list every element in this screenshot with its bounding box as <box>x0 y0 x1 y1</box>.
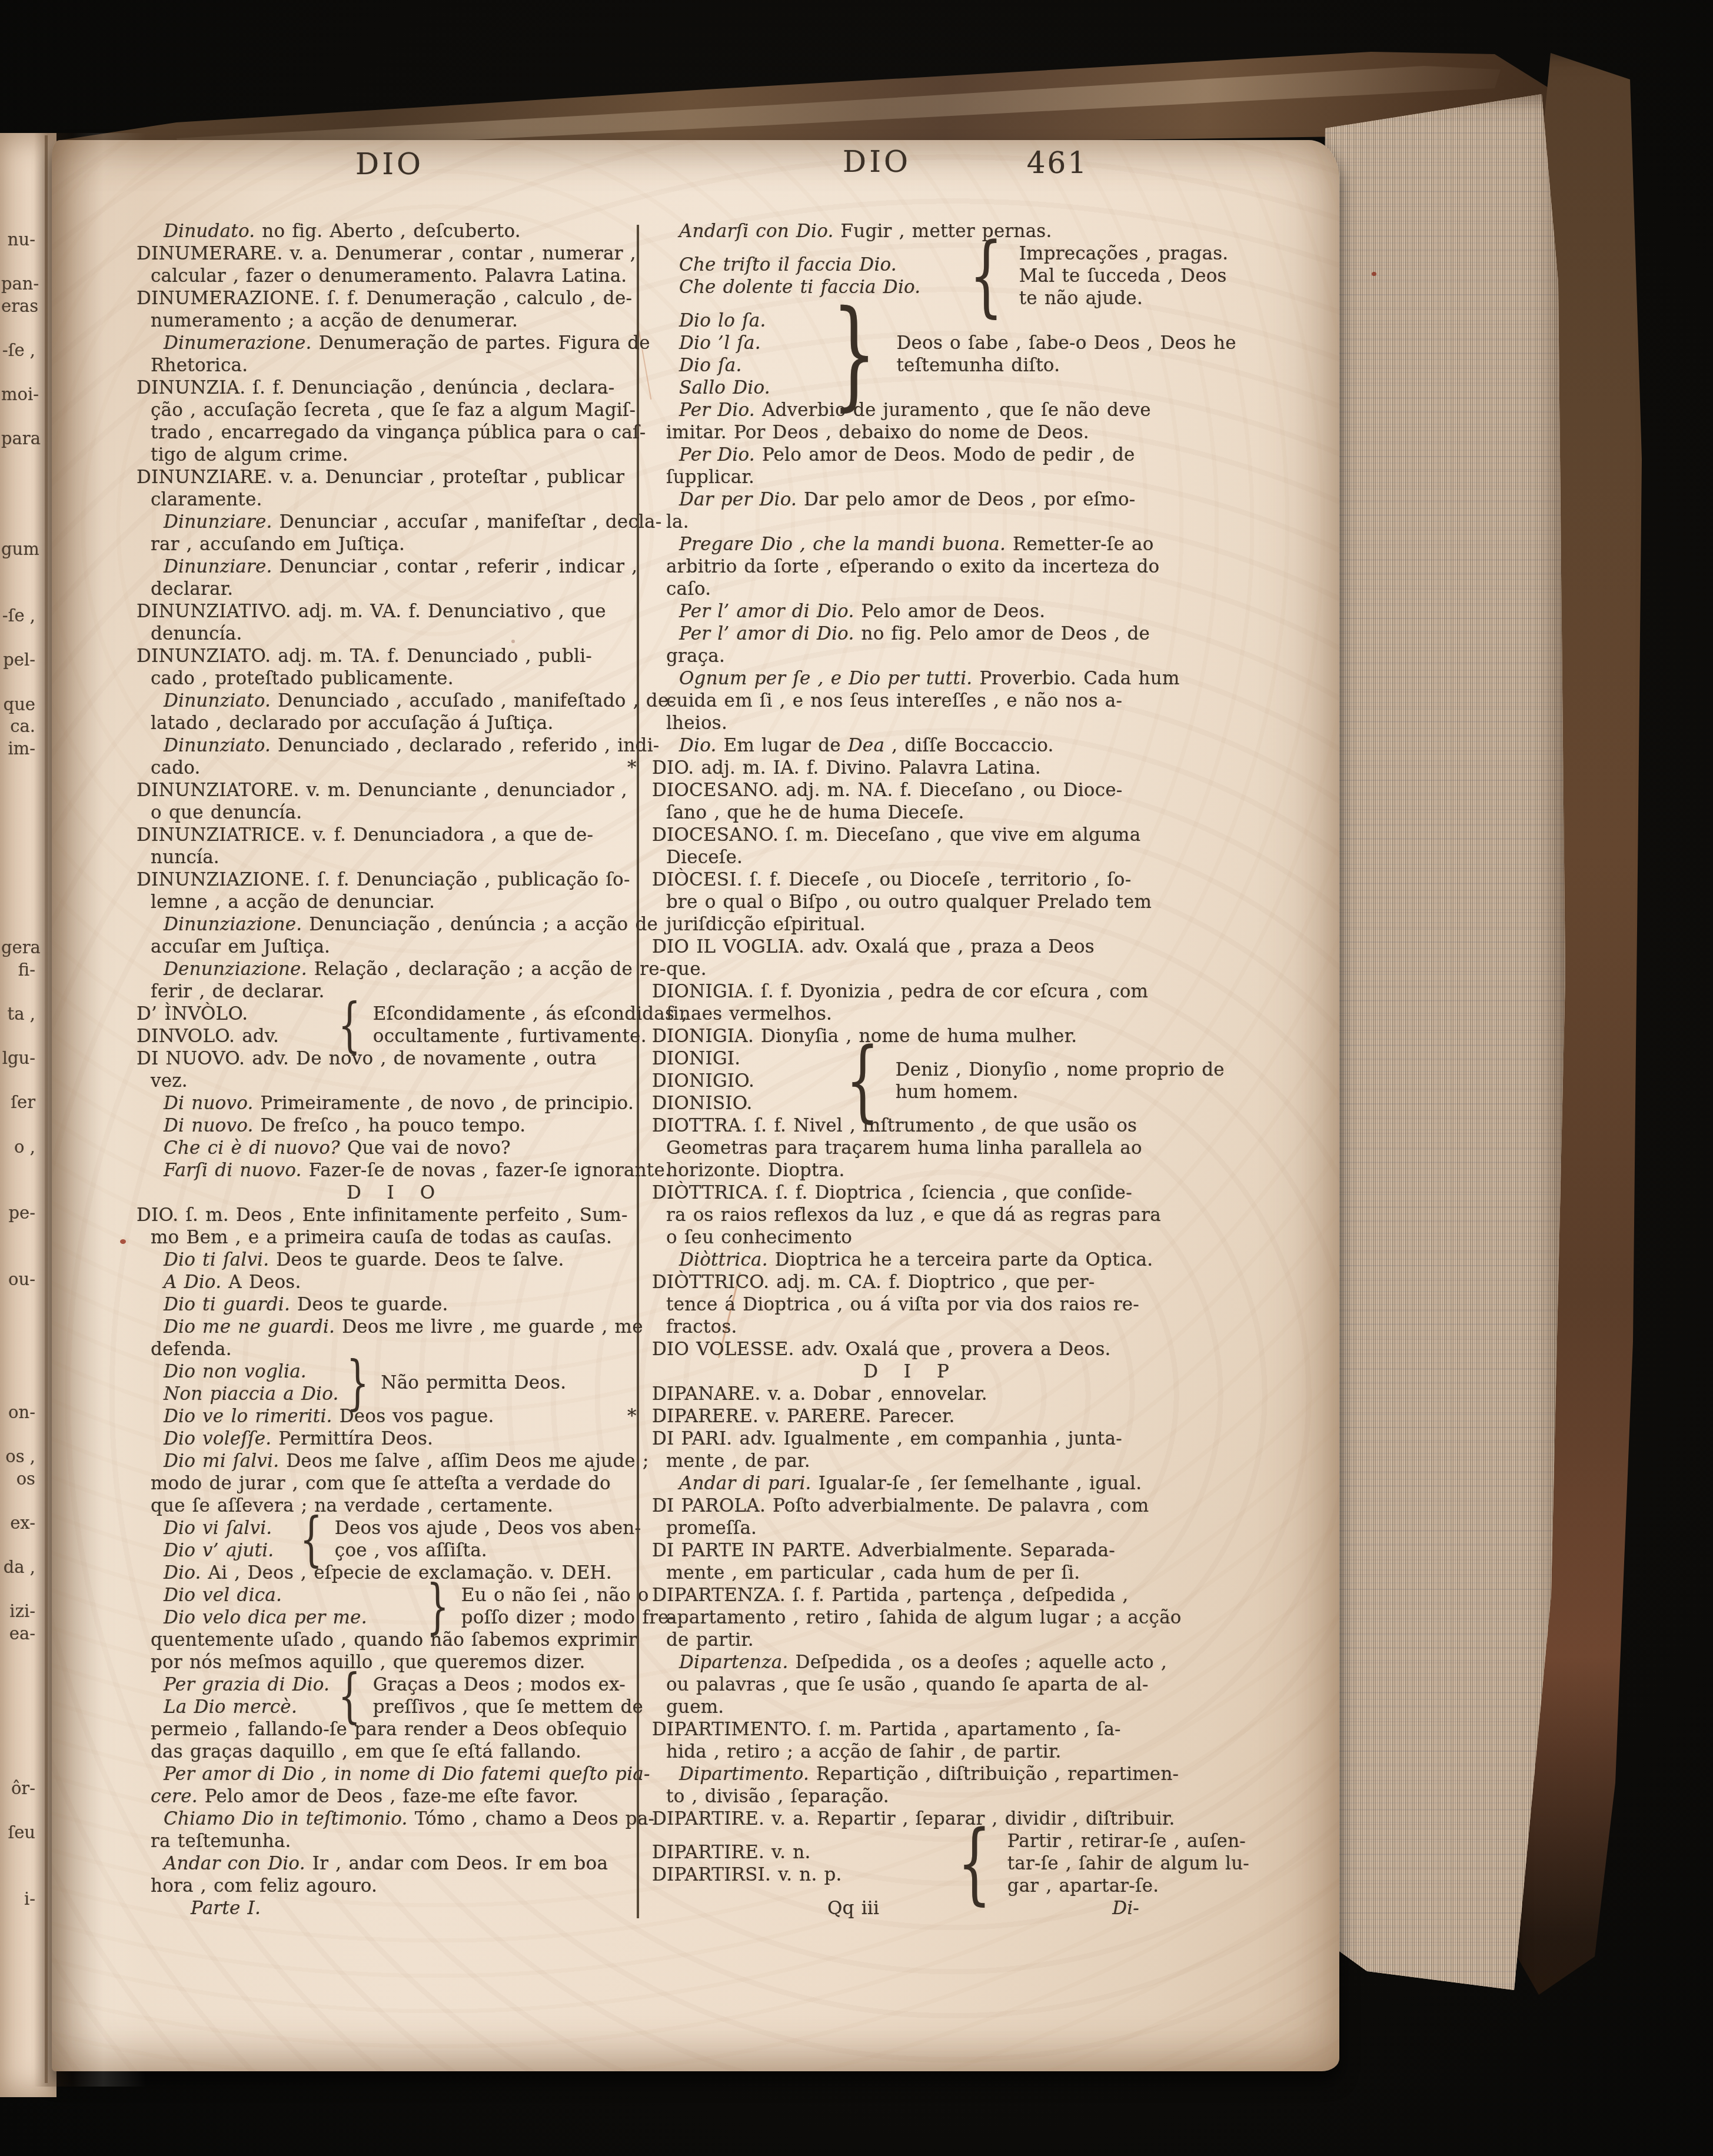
facing-page-fragment: nu- <box>1 229 35 249</box>
text-line: teſtemunha diſto. <box>896 354 1236 377</box>
text-line: Dio voleſſe. Permittíra Deos. <box>137 1428 654 1450</box>
text-line: Dipartimento. Repartição , diſtribuição … <box>652 1763 1170 1785</box>
text-line: que ſe aſſevera ; na verdade , certament… <box>137 1495 654 1517</box>
text-segment: Denumeração de partes. Figura de <box>312 332 650 354</box>
text-segment: DINUNZIATIVO. adj. m. VA. f. Denunciativ… <box>137 601 606 622</box>
text-line: DINUNZIATRICE. v. f. Denunciadora , a qu… <box>137 824 654 846</box>
text-segment: claramente. <box>151 489 262 510</box>
text-line: Dio ve lo rimeriti. Deos vos pague. <box>137 1405 654 1428</box>
text-line: lheios. <box>652 712 1170 734</box>
text-line: DI PAROLA. Poſto adverbialmente. De pala… <box>652 1495 1170 1517</box>
text-line: Dinunziare. Denunciar , accuſar , manife… <box>137 511 654 533</box>
text-line: Dio lo ſa. <box>652 310 817 332</box>
facing-page-fragment: o , <box>1 1137 35 1157</box>
text-segment: numeramento ; a acção de denumerar. <box>151 310 518 331</box>
text-line: DIO IL VOGLIA. adv. Oxalá que , praza a … <box>652 936 1170 958</box>
text-segment: accuſar em Juſtiça. <box>151 936 330 957</box>
text-segment: hum homem. <box>896 1082 1019 1103</box>
text-segment: apartamento , retiro , ſahida de algum l… <box>666 1607 1182 1628</box>
text-line: Dinunziato. Denunciado , declarado , ref… <box>137 734 654 757</box>
text-line: Dio ſa. <box>652 354 817 377</box>
text-line: DINUNZIATIVO. adj. m. VA. f. Denunciativ… <box>137 600 654 623</box>
text-segment: DIÒCESI. ſ. f. Dieceſe , ou Dioceſe , te… <box>652 869 1131 890</box>
facing-page-fragment: on- <box>1 1402 35 1422</box>
text-line: DIO. ſ. m. Deos , Ente infinitamente per… <box>137 1204 654 1226</box>
text-segment: Deos te guarde. <box>290 1294 448 1315</box>
text-line: DIOCESANO. adj. m. NA. f. Dieceſano , ou… <box>652 779 1170 801</box>
text-line: defenda. <box>137 1338 654 1360</box>
text-segment: o ſeu conhecimento <box>666 1227 852 1248</box>
facing-page-fragment: para <box>1 428 35 448</box>
text-segment: ra os raios reflexos da luz , e que dá a… <box>666 1205 1161 1226</box>
text-line: Dio vel dica. <box>137 1584 419 1606</box>
text-line: Deniz , Dionyſio , nome proprio de <box>896 1059 1225 1081</box>
facing-page-fragment: i- <box>1 1889 35 1909</box>
text-segment: Não permitta Deos. <box>381 1372 566 1393</box>
text-line: DINUNZIARE. v. a. Denunciar , proteſtar … <box>137 466 654 488</box>
text-segment: DIOTTRA. ſ. f. Nivel , inſtrumento , de … <box>652 1115 1137 1136</box>
text-line: D I P <box>652 1360 1170 1383</box>
text-line: Sallo Dio. <box>652 377 817 399</box>
text-segment: hora , com feliz agouro. <box>151 1875 377 1897</box>
text-line: Farſi di nuovo. Fazer-ſe de novas , faze… <box>137 1159 654 1182</box>
text-line: DIÒTTRICO. adj. m. CA. f. Dioptrico , qu… <box>652 1271 1170 1293</box>
text-line: DIPARTENZA. ſ. f. Partida , partença , d… <box>652 1584 1170 1606</box>
text-line: o ſeu conhecimento <box>652 1226 1170 1249</box>
text-segment: DIONIGI. <box>652 1048 740 1069</box>
facing-page-fragment: fi- <box>1 960 35 980</box>
text-line: Dio me ne guardi. Deos me livre , me gua… <box>137 1316 654 1338</box>
text-line: A Dio. A Deos. <box>137 1271 654 1293</box>
text-line: tigo de algum crime. <box>137 444 654 466</box>
facing-page-fragment: ea- <box>1 1623 35 1643</box>
text-segment: Primeiramente , de novo , de principio. <box>254 1093 634 1114</box>
text-segment: Dio. <box>164 1562 201 1583</box>
text-segment: Relação , declaração ; a acção de re- <box>307 959 666 980</box>
text-line: accuſar em Juſtiça. <box>137 936 654 958</box>
text-line: DINUMERAZIONE. ſ. f. Denumeração , calcu… <box>137 287 654 310</box>
brace-group: DIONIGI.DIONIGIO.DIONISIO.{Deniz , Diony… <box>652 1047 1170 1114</box>
text-line: imitar. Por Deos , debaixo do nome de De… <box>652 421 1170 444</box>
text-segment: tigo de algum crime. <box>151 444 348 465</box>
text-segment: Andar con Dio. <box>164 1853 305 1874</box>
text-segment: DIÒTTRICA. ſ. f. Dioptrica , ſciencia , … <box>652 1182 1132 1203</box>
text-segment: Denunziazione. <box>164 959 307 980</box>
text-segment: no fig. Aberto , deſcuberto. <box>255 221 521 242</box>
text-segment: Chiamo Dio in teſtimonio. <box>164 1808 408 1829</box>
text-segment: modo de jurar , com que ſe atteſta a ver… <box>151 1473 611 1494</box>
text-segment: Permittíra Deos. <box>271 1428 433 1449</box>
text-segment: , diſſe Boccaccio. <box>884 735 1054 756</box>
text-segment: Dio lo ſa. <box>679 310 766 331</box>
text-line: mente , em particular , cada hum de per … <box>652 1562 1170 1584</box>
text-segment: Dio voleſſe. <box>164 1428 271 1449</box>
text-segment: DIO. ſ. m. Deos , Ente infinitamente per… <box>137 1205 628 1226</box>
book-scan: DIO DIO 461 Dinudato. no fig. Aberto , d… <box>0 0 1713 2156</box>
text-segment: DI PARI. adv. Igualmente , em companhia … <box>652 1428 1122 1449</box>
text-segment: DINVOLO. adv. <box>137 1026 279 1047</box>
text-line: Dinunziazione. Denunciação , denúncia ; … <box>137 913 654 936</box>
text-segment: A Deos. <box>221 1272 301 1293</box>
text-segment: DINUNZIATO. adj. m. TA. f. Denunciado , … <box>137 646 592 667</box>
left-column: Dinudato. no fig. Aberto , deſcuberto.DI… <box>137 220 654 1919</box>
facing-page-fragment: pel- <box>1 650 35 670</box>
text-segment: DIOCESANO. ſ. m. Dieceſano , que vive em… <box>652 824 1140 846</box>
text-segment: De freſco , ha pouco tempo. <box>254 1115 526 1136</box>
text-line: D I O <box>137 1182 654 1204</box>
brace-group: Dio lo ſa.Dio ’l ſa.Dio ſa.Sallo Dio.}De… <box>652 310 1170 399</box>
text-segment: Farſi di nuovo. <box>164 1160 302 1181</box>
text-line: *DIO. adj. m. IA. f. Divino. Palavra Lat… <box>652 757 1170 779</box>
facing-page-fragment: ou- <box>1 1269 35 1289</box>
text-segment: Dio ’l ſa. <box>679 332 761 354</box>
text-segment: Denunciar , contar , referir , indicar , <box>272 556 638 577</box>
text-line: DIOTTRA. ſ. f. Nivel , inſtrumento , de … <box>652 1114 1170 1137</box>
facing-page-fragment: -ſe , <box>1 340 35 360</box>
text-segment: Partir , retirar-ſe , auſen- <box>1007 1831 1246 1852</box>
text-line: trado , encarregado da vingança pública … <box>137 421 654 444</box>
text-segment: mo Bem , e a primeira cauſa de todas as … <box>151 1227 612 1248</box>
margin-asterisk: * <box>627 757 637 779</box>
text-segment: D I P <box>863 1361 959 1382</box>
text-line: Partir , retirar-ſe , auſen- <box>1007 1830 1249 1852</box>
text-line: DIOCESANO. ſ. m. Dieceſano , que vive em… <box>652 824 1170 846</box>
text-line: Non piaccia a Dio. <box>137 1383 339 1405</box>
facing-page-fragment: ôr- <box>1 1778 35 1798</box>
brace-group: DIPARTIRE. v. n.DIPARTIRSI. v. n. p.{Par… <box>652 1830 1170 1897</box>
text-line: Dio. Ai , Deos , eſpecie de exclamação. … <box>137 1562 654 1584</box>
text-line: çoe , vos aſſiſta. <box>335 1539 641 1562</box>
text-segment: poſſo dizer ; modo fre- <box>461 1607 676 1628</box>
text-segment: ção , accuſação ſecreta , que ſe faz a a… <box>151 400 636 421</box>
text-line: ra os raios reflexos da luz , e que dá a… <box>652 1204 1170 1226</box>
text-segment: DIO VOLESSE. adv. Oxalá que , provera a … <box>652 1339 1111 1360</box>
text-segment: Per amor di Dio , in nome di Dio fatemi … <box>164 1764 650 1785</box>
text-segment: quentemente uſado , quando não ſabemos e… <box>151 1629 637 1651</box>
text-line: ção , accuſação ſecreta , que ſe faz a a… <box>137 399 654 421</box>
facing-page-fragment: ca. <box>1 716 35 736</box>
text-line: Dinunziare. Denunciar , contar , referir… <box>137 555 654 578</box>
text-segment: Dinumerazione. <box>164 332 312 354</box>
text-segment: Ir , andar com Deos. Ir em boa <box>305 1853 608 1874</box>
text-segment: DIPARTIRE. v. n. <box>652 1842 810 1863</box>
text-segment: Repartição , diſtribuição , repartimen- <box>809 1764 1179 1785</box>
text-line: DIO VOLESSE. adv. Oxalá que , provera a … <box>652 1338 1170 1360</box>
text-segment: Proverbio. Cada hum <box>972 668 1179 689</box>
text-line: latado , declarado por accuſação á Juſti… <box>137 712 654 734</box>
curly-brace-icon: } <box>427 1577 449 1636</box>
text-line: Imprecações , pragas. <box>1019 242 1229 265</box>
text-segment: to , divisão , ſeparação. <box>666 1786 889 1807</box>
text-segment: tar-ſe , ſahir de algum lu- <box>1007 1853 1249 1874</box>
text-line: promeſſa. <box>652 1517 1170 1539</box>
text-line: Não permitta Deos. <box>381 1372 566 1394</box>
text-segment: Dio v’ ajuti. <box>164 1540 274 1561</box>
text-line: ou palavras , que ſe usão , quando ſe ap… <box>652 1673 1170 1696</box>
text-line: Per l’ amor di Dio. Pelo amor de Deos. <box>652 600 1170 623</box>
facing-page-fragment: da , <box>1 1557 35 1577</box>
text-segment: DIPARTIMENTO. ſ. m. Partida , apartament… <box>652 1719 1121 1740</box>
text-line: bre o qual o Biſpo , ou outro qualquer P… <box>652 891 1170 913</box>
text-line: tar-ſe , ſahir de algum lu- <box>1007 1852 1249 1875</box>
facing-page-fragment: ſer <box>1 1092 35 1112</box>
text-line: claramente. <box>137 488 654 511</box>
text-segment: La Dio mercè. <box>164 1696 297 1718</box>
text-line: Dio v’ ajuti. <box>137 1539 292 1562</box>
text-segment: Denunciar , accuſar , manifeſtar , decla… <box>272 511 662 533</box>
text-line: ra teſtemunha. <box>137 1830 654 1852</box>
text-segment: bre o qual o Biſpo , ou outro qualquer P… <box>666 891 1152 913</box>
text-segment: declarar. <box>151 578 233 600</box>
text-segment: Fazer-ſe de novas , fazer-ſe ignorante. <box>302 1160 671 1181</box>
text-line: rar , accuſando em Juſtiça. <box>137 533 654 555</box>
text-segment: Dioptrica he a terceira parte da Optica. <box>768 1249 1153 1270</box>
brace-group: Dio vel dica.Dio velo dica per me.}Eu o … <box>137 1584 654 1629</box>
text-segment: que. <box>666 959 707 980</box>
text-line: Che dolente ti faccia Dio. <box>652 276 958 298</box>
text-line: occultamente , furtivamente. <box>373 1025 687 1047</box>
text-line: Per l’ amor di Dio. no fig. Pelo amor de… <box>652 623 1170 645</box>
text-segment: nuncía. <box>151 847 219 868</box>
text-line: poſſo dizer ; modo fre- <box>461 1606 676 1629</box>
text-line: nuncía. <box>137 846 654 869</box>
text-line: lemne , a acção de denunciar. <box>137 891 654 913</box>
text-line: DIPANARE. v. a. Dobar , ennovelar. <box>652 1383 1170 1405</box>
text-segment: denuncía. <box>151 623 242 644</box>
text-line: ſupplicar. <box>652 466 1170 488</box>
text-segment: Dieceſe. <box>666 847 743 868</box>
text-segment: Deos me livre , me guarde , me <box>335 1316 643 1337</box>
text-line: fractos. <box>652 1316 1170 1338</box>
brace-group: Per grazia di Dio.La Dio mercè.{Graças a… <box>137 1673 654 1718</box>
text-line: DINUMERARE. v. a. Denumerar , contar , n… <box>137 242 654 265</box>
text-segment: Geometras para traçarem huma linha paral… <box>666 1137 1142 1159</box>
text-line: Dinudato. no fig. Aberto , deſcuberto. <box>137 220 654 242</box>
text-line: mo Bem , e a primeira cauſa de todas as … <box>137 1226 654 1249</box>
text-line: vez. <box>137 1070 654 1092</box>
text-line: das graças daquillo , em que ſe eſtá fal… <box>137 1741 654 1763</box>
text-line: ferir , de declarar. <box>137 980 654 1003</box>
text-segment: lheios. <box>666 713 727 734</box>
text-segment: çoe , vos aſſiſta. <box>335 1540 487 1561</box>
page-number: 461 <box>999 146 1116 180</box>
curly-brace-icon: { <box>846 1037 879 1125</box>
text-segment: Pelo amor de Deos , faze-me eſte favor. <box>198 1786 578 1807</box>
text-line: guem. <box>652 1696 1170 1718</box>
text-segment: cuida em ſi , e nos ſeus intereſſes , e … <box>666 690 1122 711</box>
text-segment: DIÒTTRICO. adj. m. CA. f. Dioptrico , qu… <box>652 1272 1095 1293</box>
text-segment: Igualar-ſe , ſer ſemelhante , igual. <box>811 1473 1142 1494</box>
text-line: horizonte. Dioptra. <box>652 1159 1170 1182</box>
text-segment: horizonte. Dioptra. <box>666 1160 845 1181</box>
text-line: Per Dio. Pelo amor de Deos. Modo de pedi… <box>652 444 1170 466</box>
text-segment: Parte I. <box>191 1898 261 1919</box>
text-segment: mente , em particular , cada hum de per … <box>666 1562 1080 1583</box>
text-line: Dio. Em lugar de Dea , diſſe Boccaccio. <box>652 734 1170 757</box>
text-segment: Dea <box>848 735 884 756</box>
facing-page-fragment: -ſe , <box>1 605 35 625</box>
text-segment: Tómo , chamo a Deos pa- <box>408 1808 655 1829</box>
text-line: Diòttrica. Dioptrica he a terceira parte… <box>652 1249 1170 1271</box>
text-segment: Denunciado , declarado , referido , indi… <box>271 735 659 756</box>
text-segment: Dinudato. <box>164 221 255 242</box>
text-segment: Per Dio. <box>679 400 755 421</box>
text-line: DIONIGIO. <box>652 1070 834 1092</box>
text-segment: Dio. <box>679 735 717 756</box>
text-segment: DIO IL VOGLIA. adv. Oxalá que , praza a … <box>652 936 1095 957</box>
text-line: Dio ti guardi. Deos te guarde. <box>137 1293 654 1316</box>
text-line: DIÒCESI. ſ. f. Dieceſe , ou Dioceſe , te… <box>652 869 1170 891</box>
facing-page-fragment: pan- <box>1 274 35 294</box>
text-segment: Dinunziare. <box>164 556 272 577</box>
text-segment: Dinunziato. <box>164 735 271 756</box>
text-segment: DINUMERARE. v. a. Denumerar , contar , n… <box>137 243 636 264</box>
text-line: DIONIGI. <box>652 1047 834 1070</box>
text-segment: ra teſtemunha. <box>151 1831 291 1852</box>
facing-page-fragment: moi- <box>1 384 35 404</box>
text-segment: Di nuovo. <box>164 1093 254 1114</box>
text-segment: DIPANARE. v. a. Dobar , ennovelar. <box>652 1383 987 1405</box>
text-segment: Pregare Dio , che la mandi buona. <box>679 534 1006 555</box>
text-line: *DIPARERE. v. PARERE. Parecer. <box>652 1405 1170 1428</box>
facing-page-fragment: pe- <box>1 1203 35 1223</box>
text-segment: Per Dio. <box>679 444 755 465</box>
facing-page-fragment: que <box>1 694 35 714</box>
gathering-mark: Qq iii <box>827 1897 879 1919</box>
text-line: arbitrio da ſorte , eſperando o exito da… <box>652 555 1170 578</box>
text-line: DI PARI. adv. Igualmente , em companhia … <box>652 1428 1170 1450</box>
text-line: que. <box>652 958 1170 980</box>
text-line: DINUNZIA. ſ. f. Denunciação , denúncia ,… <box>137 377 654 399</box>
text-segment: Denunciação , denúncia ; a acção de <box>302 914 658 935</box>
text-segment: DI PAROLA. Poſto adverbialmente. De pala… <box>652 1495 1149 1516</box>
text-line: cado. <box>137 757 654 779</box>
text-segment: DINUNZIA. ſ. f. Denunciação , denúncia ,… <box>137 377 614 398</box>
printed-content: DIO DIO 461 Dinudato. no fig. Aberto , d… <box>0 0 1713 2156</box>
text-line: DIONIGIA. ſ. f. Dyonizia , pedra de cor … <box>652 980 1170 1003</box>
text-segment: Per grazia di Dio. <box>164 1674 330 1695</box>
text-segment: DIOCESANO. adj. m. NA. f. Dieceſano , ou… <box>652 780 1122 801</box>
text-segment: que ſe aſſevera ; na verdade , certament… <box>151 1495 553 1516</box>
text-line: Che ci è di nuovo? Que vai de novo? <box>137 1137 654 1159</box>
text-segment: graça. <box>666 646 725 667</box>
text-line: Dio vi ſalvi. <box>137 1517 292 1539</box>
text-line: Deos vos ajude , Deos vos aben- <box>335 1517 641 1539</box>
text-segment: Remetter-ſe ao <box>1006 534 1154 555</box>
text-line: Geometras para traçarem huma linha paral… <box>652 1137 1170 1159</box>
text-segment: DIONIGIO. <box>652 1070 754 1092</box>
text-segment: Deſpedida , os a deoſes ; aquelle acto , <box>789 1652 1167 1673</box>
text-line: numeramento ; a acção de denumerar. <box>137 310 654 332</box>
text-segment: Eſcondidamente , ás eſcondidas , <box>373 1003 687 1024</box>
text-segment: Eu o não ſei , não o <box>461 1585 649 1606</box>
text-line: Di nuovo. Primeiramente , de novo , de p… <box>137 1092 654 1114</box>
text-segment: Ognum per ſe , e Dio per tutti. <box>679 668 972 689</box>
right-column: Andarſi con Dio. Fugir , metter pernas.C… <box>652 220 1170 1919</box>
text-line: Deos o ſabe , ſabe-o Deos , Deos he <box>896 332 1236 354</box>
text-segment: Dipartimento. <box>679 1764 809 1785</box>
catchword: Di- <box>1112 1897 1139 1919</box>
text-line: Dio mi ſalvi. Deos me ſalve , aſſim Deos… <box>137 1450 654 1472</box>
text-line: Per Dio. Adverbio de juramento , que ſe … <box>652 399 1170 421</box>
text-segment: Dipartenza. <box>679 1652 789 1673</box>
curly-brace-icon: { <box>338 996 361 1054</box>
text-segment: cado. <box>151 757 201 778</box>
text-line: hida , retiro ; a acção de ſahir , de pa… <box>652 1741 1170 1763</box>
text-segment: Pelo amor de Deos. Modo de pedir , de <box>755 444 1135 465</box>
text-segment: Dio non voglia. <box>164 1361 307 1382</box>
brace-group: D’ ÌNVÒLO.DINVOLO. adv.{Eſcondidamente ,… <box>137 1003 654 1047</box>
text-line: DI PARTE IN PARTE. Adverbialmente. Separ… <box>652 1539 1170 1562</box>
text-segment: mente , de par. <box>666 1450 810 1472</box>
text-segment: Graças a Deos ; modos ex- <box>373 1674 626 1695</box>
text-line: Pregare Dio , che la mandi buona. Remett… <box>652 533 1170 555</box>
text-segment: DINUNZIARE. v. a. Denunciar , proteſtar … <box>137 467 624 488</box>
text-line: quentemente uſado , quando não ſabemos e… <box>137 1629 654 1651</box>
text-line: gar , apartar-ſe. <box>1007 1875 1249 1897</box>
text-segment: ou palavras , que ſe usão , quando ſe ap… <box>666 1674 1149 1695</box>
brace-group: Che triſto il faccia Dio.Che dolente ti … <box>652 242 1170 310</box>
text-line: DIPARTIRE. v. a. Repartir , ſeparar , di… <box>652 1808 1170 1830</box>
text-segment: Deos o ſabe , ſabe-o Deos , Deos he <box>896 332 1236 354</box>
text-line: La Dio mercè. <box>137 1696 331 1718</box>
text-segment: Ai , Deos , eſpecie de exclamação. v. DE… <box>201 1562 612 1583</box>
text-line: la. <box>652 511 1170 533</box>
text-line: mente , de par. <box>652 1450 1170 1472</box>
text-segment: fractos. <box>666 1316 737 1337</box>
text-segment: rar , accuſando em Juſtiça. <box>151 534 405 555</box>
text-segment: no fig. Pelo amor de Deos , de <box>854 623 1150 644</box>
text-line: graça. <box>652 645 1170 667</box>
curly-brace-icon: } <box>346 1353 368 1412</box>
text-line: Che triſto il faccia Dio. <box>652 254 958 276</box>
curly-brace-icon: } <box>831 295 876 413</box>
text-segment: calcular , fazer o denumeramento. Palavr… <box>151 265 627 287</box>
text-line: de partir. <box>652 1629 1170 1651</box>
text-segment: Em lugar de <box>717 735 848 756</box>
text-segment: Dinunziato. <box>164 690 271 711</box>
text-line: Graças a Deos ; modos ex- <box>373 1673 643 1696</box>
text-line: DINUNZIATO. adj. m. TA. f. Denunciado , … <box>137 645 654 667</box>
facing-page-fragment: os , <box>1 1446 35 1466</box>
curly-brace-icon: { <box>300 1510 322 1569</box>
text-segment: DINUNZIATORE. v. m. Denunciante , denunc… <box>137 780 627 801</box>
text-line: D’ ÌNVÒLO. <box>137 1003 331 1025</box>
text-segment: trado , encarregado da vingança pública … <box>151 422 646 443</box>
text-segment: cere. <box>151 1786 198 1807</box>
text-segment: defenda. <box>151 1339 232 1360</box>
text-line: DIONISIO. <box>652 1092 834 1114</box>
text-segment: DIO. adj. m. IA. f. Divino. Palavra Lati… <box>652 757 1041 778</box>
text-segment: Fugir , metter pernas. <box>834 221 1052 242</box>
brace-group: Dio non voglia.Non piaccia a Dio.}Não pe… <box>137 1360 654 1405</box>
text-segment: Rhetorica. <box>151 355 248 376</box>
text-line: Ognum per ſe , e Dio per tutti. Proverbi… <box>652 667 1170 690</box>
text-segment: DIPARERE. v. PARERE. Parecer. <box>652 1406 955 1427</box>
text-segment: gar , apartar-ſe. <box>1007 1875 1159 1897</box>
text-line: Rhetorica. <box>137 354 654 377</box>
text-line: Eſcondidamente , ás eſcondidas , <box>373 1003 687 1025</box>
text-segment: DINUMERAZIONE. ſ. f. Denumeração , calcu… <box>137 288 632 309</box>
text-line: Qq iiiDi- <box>652 1897 1170 1919</box>
text-segment: imitar. Por Deos , debaixo do nome de De… <box>666 422 1089 443</box>
facing-page-fragment: gum <box>1 539 35 559</box>
text-line: hora , com feliz agouro. <box>137 1875 654 1897</box>
text-segment: Dar pelo amor de Deos , por eſmo- <box>797 489 1135 510</box>
facing-page-fragment: eras <box>1 296 35 316</box>
text-line: denuncía. <box>137 623 654 645</box>
text-segment: Dio mi ſalvi. <box>164 1450 279 1472</box>
